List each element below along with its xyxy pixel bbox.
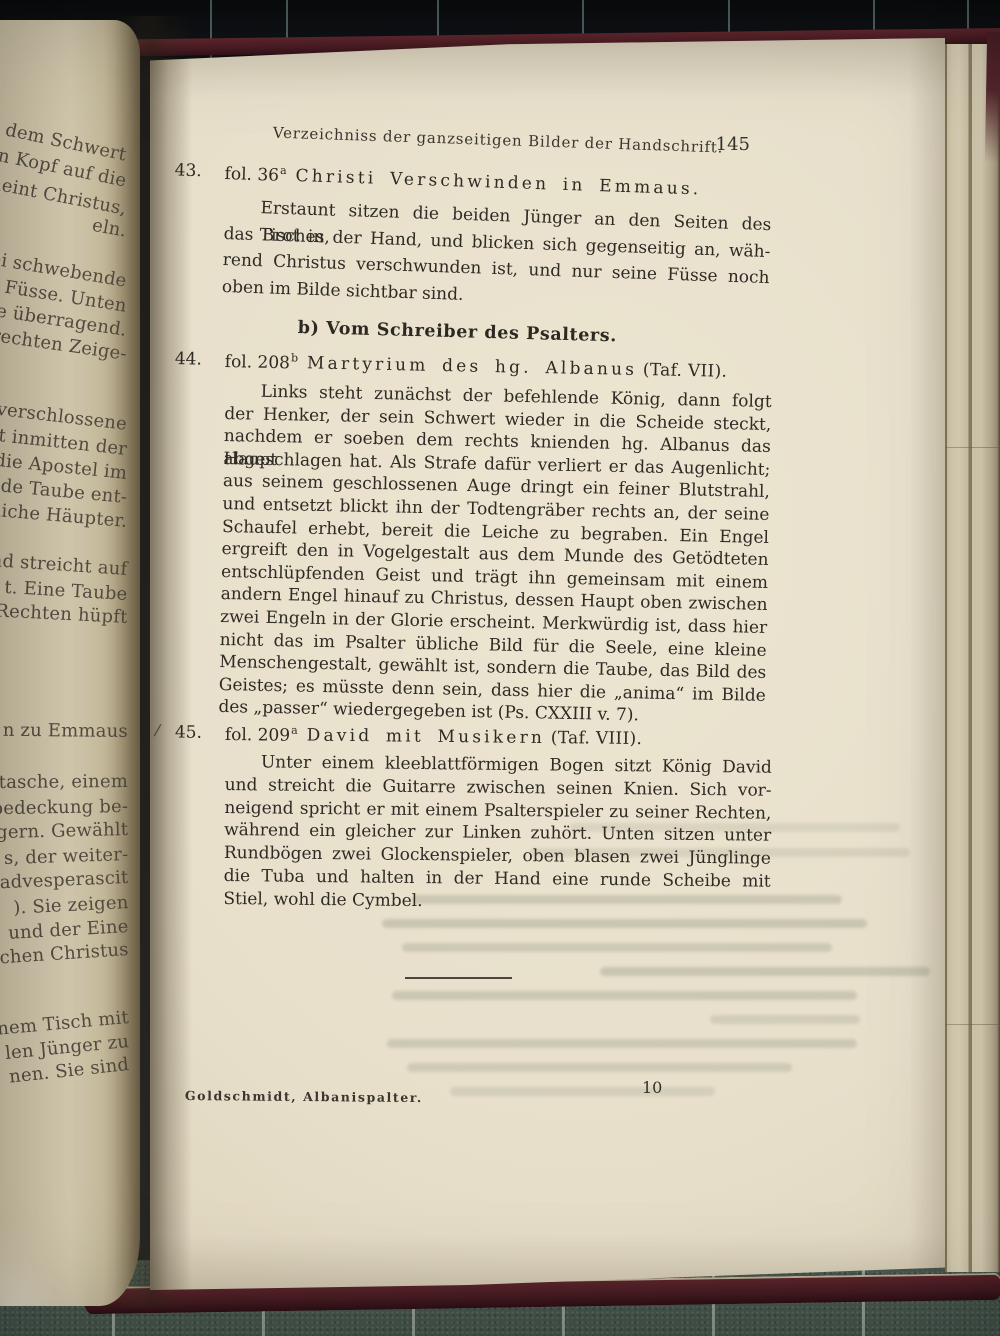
left-page-fragment: bedeckung be-	[0, 797, 128, 821]
left-page-fragment: nd streicht auf	[0, 544, 128, 580]
page-number: 145	[705, 134, 750, 155]
left-page-fragment: gern. Gewählt	[0, 820, 128, 846]
margin-pencil-mark: /	[153, 720, 162, 740]
showthrough-line	[600, 967, 930, 976]
footer-signature: Goldschmidt, Albanispalter.	[185, 1088, 423, 1105]
left-page: it dem Schwertlen Kopf auf dierscheint C…	[0, 20, 140, 1306]
entry-number: 45.	[175, 722, 202, 742]
entry-folio: fol. 209	[225, 725, 290, 746]
showthrough-line	[710, 1015, 860, 1024]
entry-title-text: David mit Musikern	[307, 726, 546, 748]
fore-edge-seam	[945, 1024, 1000, 1025]
entry-title: 44.fol. 208bMartyrium des hg. Albanus (T…	[225, 350, 825, 384]
entry-title-text: Christi Verschwinden in Emmaus.	[295, 166, 702, 199]
fore-edge-pages	[945, 44, 1000, 1272]
entry-body: Links steht zunächst der befehlende Köni…	[218, 380, 772, 730]
sheet-number: 10	[642, 1078, 662, 1097]
folio-superscript: a	[280, 164, 287, 177]
folio-superscript: a	[291, 724, 298, 737]
folio-superscript: b	[291, 351, 298, 364]
book-photograph: it dem Schwertlen Kopf auf dierscheint C…	[0, 0, 1000, 1336]
entry-number: 43.	[174, 160, 202, 181]
footnote-rule	[405, 977, 512, 979]
showthrough-line	[382, 919, 867, 928]
showthrough-line	[407, 1063, 792, 1072]
entry-folio: fol. 36	[224, 164, 279, 186]
running-header: Verzeichniss der ganzseitigen Bilder der…	[224, 122, 771, 158]
entry-body: Erstaunt sitzen die beiden Jünger an den…	[221, 194, 771, 319]
left-page-fragment: n zu Emmaus	[0, 720, 128, 742]
left-page-fragment: rtasche, einem	[0, 772, 128, 794]
showthrough-line	[402, 943, 832, 952]
showthrough-line	[392, 991, 857, 1000]
right-page: Verzeichniss der ganzseitigen Bilder der…	[150, 38, 945, 1290]
entry-body: Unter einem kleeblattförmigen Bogen sitz…	[223, 751, 772, 916]
left-page-fragment: lchen Christus	[0, 940, 129, 976]
entry-title-suffix: (Taf. VII).	[637, 360, 727, 382]
fore-edge-seam	[945, 447, 1000, 448]
entry-folio: fol. 208	[225, 352, 291, 373]
book-cover-corner	[985, 32, 1000, 162]
entry-number: 44.	[175, 349, 202, 370]
entry-title-text: Martyrium des hg. Albanus	[307, 353, 638, 380]
showthrough-line	[387, 1039, 857, 1048]
showthrough-line	[450, 1087, 715, 1096]
entry-title-suffix: (Taf. VIII).	[545, 728, 642, 749]
section-heading: b) Vom Schreiber des Psalters.	[297, 318, 617, 346]
